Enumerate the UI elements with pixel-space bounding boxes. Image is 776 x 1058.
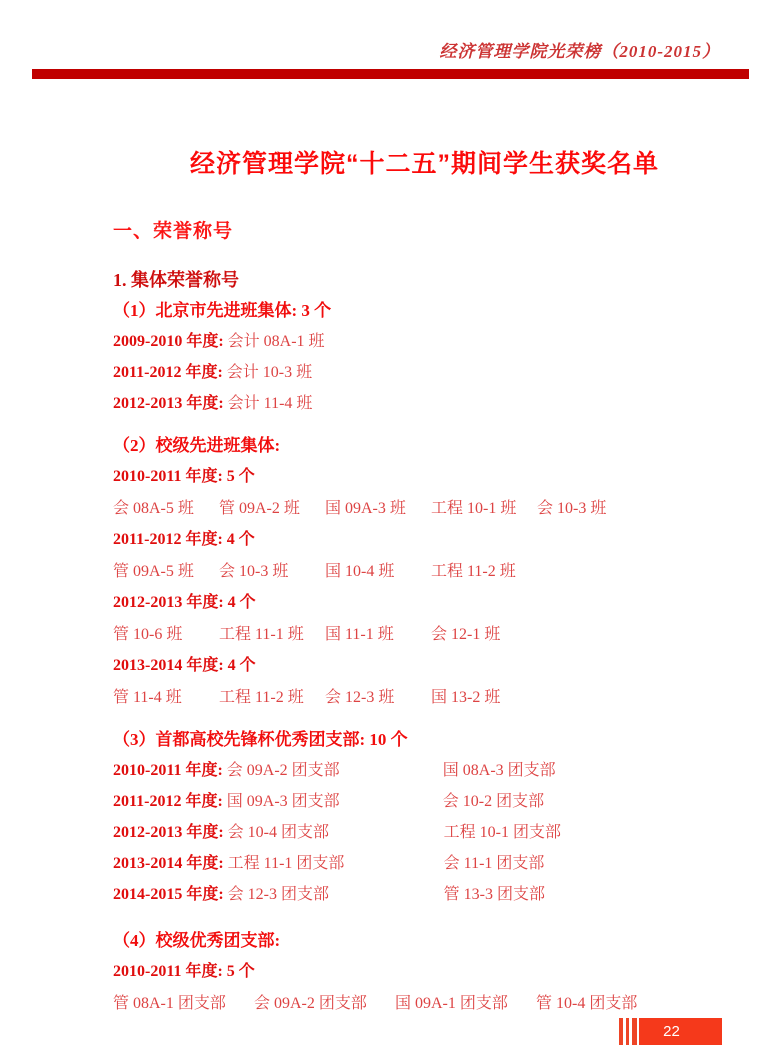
- class-list-row: 管 11-4 班 工程 11-2 班 会 12-3 班 国 13-2 班: [113, 687, 736, 708]
- award-heading-school-advanced-class: （2）校级先进班集体:: [113, 435, 736, 456]
- class-item: 会 10-3 班: [219, 561, 319, 582]
- league-branch-item: 国 08A-3 团支部: [443, 762, 556, 779]
- award-row: 2011-2012 年度: 会计 10-3 班: [113, 362, 736, 383]
- league-branch-item: 管 13-3 团支部: [444, 886, 545, 903]
- league-branch-item: 工程 10-1 团支部: [444, 824, 561, 841]
- page-title: 经济管理学院“十二五”期间学生获奖名单: [113, 148, 736, 180]
- class-list-row: 管 09A-5 班 会 10-3 班 国 10-4 班 工程 11-2 班: [113, 561, 736, 582]
- class-item: 工程 11-2 班: [431, 561, 531, 582]
- class-item: 国 10-4 班: [325, 561, 425, 582]
- league-branch-item: 会 10-4 团支部: [228, 822, 440, 843]
- footer-barcode-stripe: [619, 1018, 623, 1045]
- class-item: 工程 10-1 班: [431, 498, 531, 519]
- year-label: 2014-2015 年度:: [113, 884, 224, 905]
- class-item: 会 12-3 班: [325, 687, 425, 708]
- footer-barcode-stripe: [626, 1018, 629, 1045]
- class-item: 国 09A-3 班: [325, 498, 425, 519]
- league-branch-item: 工程 11-1 团支部: [228, 853, 440, 874]
- class-item: 国 13-2 班: [431, 687, 531, 708]
- class-item: 管 10-6 班: [113, 624, 213, 645]
- league-branch-item: 会 10-2 团支部: [443, 793, 544, 810]
- class-item: 会 10-3 班: [537, 498, 637, 519]
- league-branch-item: 会 09A-2 团支部: [227, 760, 439, 781]
- award-value: 会计 10-3 班: [227, 364, 312, 381]
- league-branch-item: 国 09A-1 团支部: [395, 993, 530, 1014]
- year-count-label: 2012-2013 年度: 4 个: [113, 592, 736, 613]
- league-branch-item: 管 10-4 团支部: [536, 993, 671, 1014]
- class-item: 管 09A-5 班: [113, 561, 213, 582]
- year-label: 2012-2013 年度:: [113, 822, 224, 843]
- page-footer: 22: [619, 1018, 722, 1045]
- league-branch-item: 会 11-1 团支部: [444, 855, 545, 872]
- award-heading-beijing-advanced-class: （1）北京市先进班集体: 3 个: [113, 300, 736, 321]
- year-label: 2012-2013 年度:: [113, 393, 224, 414]
- subsection-heading-collective-honors: 1. 集体荣誉称号: [113, 269, 736, 292]
- header-divider-bar: [32, 69, 749, 79]
- year-label: 2011-2012 年度:: [113, 791, 223, 812]
- award-row: 2010-2011 年度: 会 09A-2 团支部 国 08A-3 团支部: [113, 760, 736, 781]
- award-value: 会计 11-4 班: [228, 395, 313, 412]
- class-item: 会 12-1 班: [431, 624, 531, 645]
- document-page: { "header": { "text": "经济管理学院光荣榜（2010-20…: [0, 0, 776, 1058]
- document-body: 经济管理学院“十二五”期间学生获奖名单 一、荣誉称号 1. 集体荣誉称号 （1）…: [113, 148, 736, 1014]
- year-label: 2010-2011 年度:: [113, 760, 223, 781]
- league-branch-item: 管 08A-1 团支部: [113, 993, 248, 1014]
- class-item: 管 09A-2 班: [219, 498, 319, 519]
- award-row: 2012-2013 年度: 会 10-4 团支部 工程 10-1 团支部: [113, 822, 736, 843]
- class-list-row: 管 08A-1 团支部 会 09A-2 团支部 国 09A-1 团支部 管 10…: [113, 993, 736, 1014]
- class-list-row: 会 08A-5 班 管 09A-2 班 国 09A-3 班 工程 10-1 班 …: [113, 498, 736, 519]
- class-item: 国 11-1 班: [325, 624, 425, 645]
- league-branch-item: 会 12-3 团支部: [228, 884, 440, 905]
- class-item: 管 11-4 班: [113, 687, 213, 708]
- running-header: 经济管理学院光荣榜（2010-2015）: [439, 37, 720, 62]
- year-label: 2009-2010 年度:: [113, 331, 224, 352]
- year-count-label: 2013-2014 年度: 4 个: [113, 655, 736, 676]
- section-heading-honor-titles: 一、荣誉称号: [113, 220, 736, 244]
- award-row: 2011-2012 年度: 国 09A-3 团支部 会 10-2 团支部: [113, 791, 736, 812]
- class-item: 会 08A-5 班: [113, 498, 213, 519]
- year-count-label: 2010-2011 年度: 5 个: [113, 466, 736, 487]
- league-branch-item: 会 09A-2 团支部: [254, 993, 389, 1014]
- award-row: 2014-2015 年度: 会 12-3 团支部 管 13-3 团支部: [113, 884, 736, 905]
- class-list-row: 管 10-6 班 工程 11-1 班 国 11-1 班 会 12-1 班: [113, 624, 736, 645]
- award-value: 会计 08A-1 班: [228, 333, 325, 350]
- league-branch-item: 国 09A-3 团支部: [227, 791, 439, 812]
- footer-barcode-stripe: [632, 1018, 637, 1045]
- year-label: 2011-2012 年度:: [113, 362, 223, 383]
- page-number: 22: [639, 1018, 722, 1045]
- award-row: 2009-2010 年度: 会计 08A-1 班: [113, 331, 736, 352]
- class-item: 工程 11-1 班: [219, 624, 319, 645]
- year-label: 2013-2014 年度:: [113, 853, 224, 874]
- class-item: 工程 11-2 班: [219, 687, 319, 708]
- award-row: 2013-2014 年度: 工程 11-1 团支部 会 11-1 团支部: [113, 853, 736, 874]
- award-heading-pioneer-cup-league-branch: （3）首都高校先锋杯优秀团支部: 10 个: [113, 729, 736, 750]
- year-count-label: 2010-2011 年度: 5 个: [113, 961, 736, 982]
- year-count-label: 2011-2012 年度: 4 个: [113, 529, 736, 550]
- award-heading-school-league-branch: （4）校级优秀团支部:: [113, 930, 736, 951]
- award-row: 2012-2013 年度: 会计 11-4 班: [113, 393, 736, 414]
